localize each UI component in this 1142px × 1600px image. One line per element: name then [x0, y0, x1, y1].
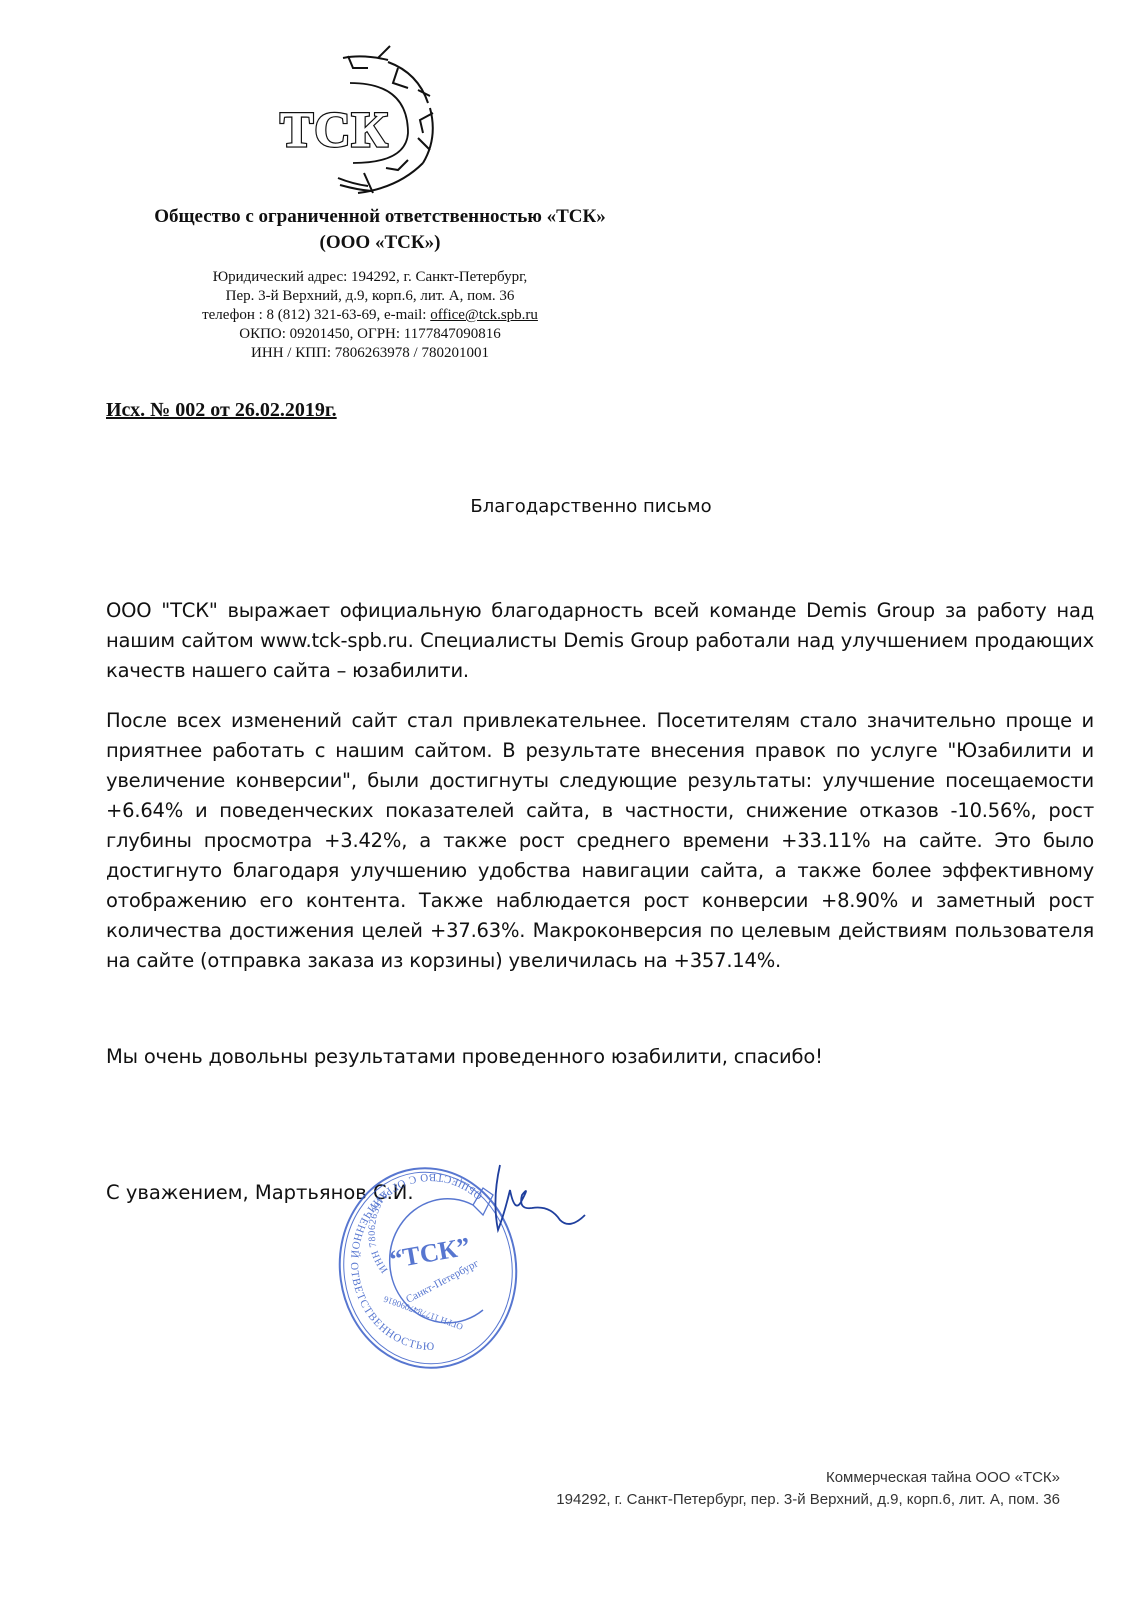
gear-logo-icon: ТСК ТСК [268, 28, 458, 203]
letter-title: Благодарственно письмо [0, 496, 1142, 517]
inn-kpp: ИНН / КПП: 7806263978 / 780201001 [100, 344, 640, 363]
organization-name: Общество с ограниченной ответственностью… [60, 204, 700, 256]
logo-text: ТСК ТСК [280, 101, 389, 157]
body-paragraph-1: ООО "ТСК" выражает официальную благодарн… [106, 596, 1094, 686]
okpo-ogrn: ОКПО: 09201450, ОГРН: 1177847090816 [100, 325, 640, 344]
phone: телефон : 8 (812) 321-63-69, e-mail: [202, 307, 430, 323]
email-link[interactable]: office@tck.spb.ru [430, 307, 538, 323]
page-footer: Коммерческая тайна ООО «ТСК» 194292, г. … [556, 1467, 1060, 1511]
stamp-ogrn: ОГРН 1177847090816 [382, 1294, 464, 1332]
org-full-name: Общество с ограниченной ответственностью… [60, 204, 700, 230]
contact-line: телефон : 8 (812) 321-63-69, e-mail: off… [100, 306, 640, 325]
address-line-2: Пер. 3-й Верхний, д.9, корп.6, лит. А, п… [100, 287, 640, 306]
outgoing-reference: Исх. № 002 от 26.02.2019г. [106, 399, 337, 422]
org-short-name: (ООО «ТСК») [60, 230, 700, 256]
company-logo: ТСК ТСК [268, 28, 458, 203]
body-paragraph-3: Мы очень довольны результатами проведенн… [106, 1042, 1094, 1072]
handwritten-signature [470, 1160, 590, 1260]
address-line-1: Юридический адрес: 194292, г. Санкт-Пете… [100, 268, 640, 287]
body-paragraph-2: После всех изменений сайт стал привлекат… [106, 706, 1094, 976]
organization-address: Юридический адрес: 194292, г. Санкт-Пете… [100, 268, 640, 363]
signature-icon [470, 1160, 590, 1260]
svg-text:ТСК: ТСК [280, 101, 389, 157]
footer-confidential: Коммерческая тайна ООО «ТСК» [556, 1467, 1060, 1489]
footer-address: 194292, г. Санкт-Петербург, пер. 3-й Вер… [556, 1489, 1060, 1511]
